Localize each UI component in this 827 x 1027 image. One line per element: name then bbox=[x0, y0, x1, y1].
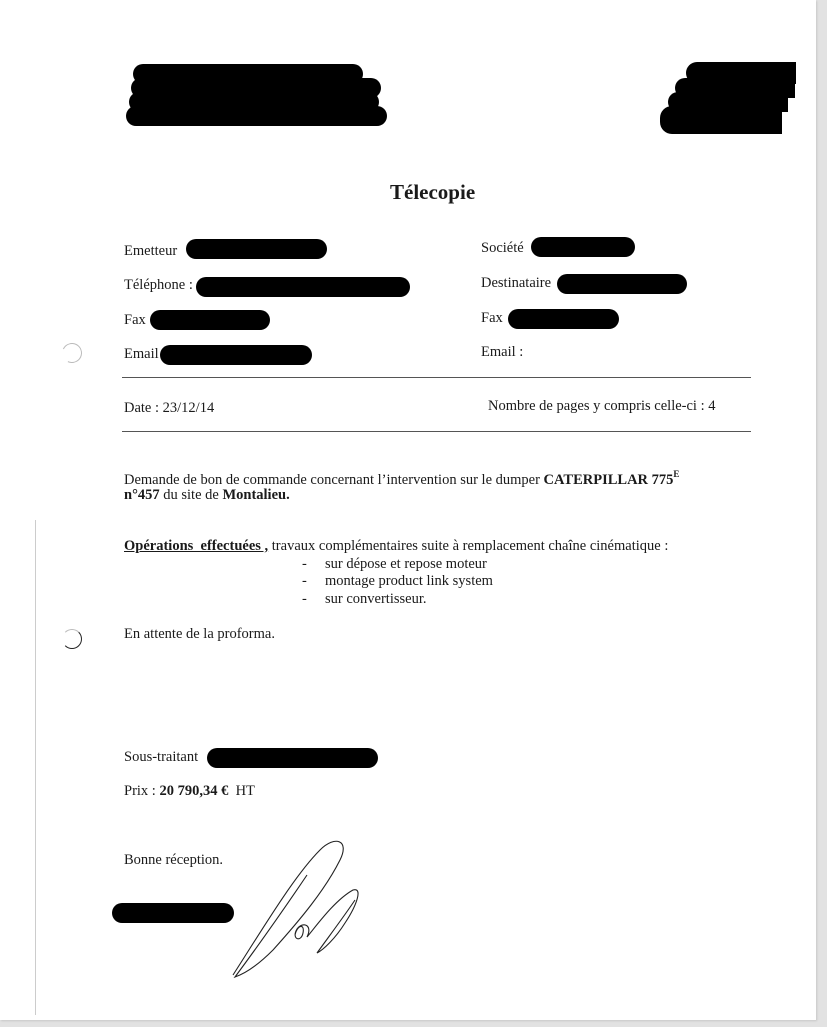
fax-page: Télecopie Emetteur Téléphone : Fax Email… bbox=[0, 0, 816, 1020]
list-item: -montage product link system bbox=[302, 573, 307, 590]
redacted-subcontractor bbox=[207, 748, 378, 768]
list-item: -sur convertisseur. bbox=[302, 591, 307, 608]
price-suffix: HT bbox=[236, 783, 255, 799]
redacted-signatory bbox=[112, 903, 234, 923]
list-item-text: sur convertisseur. bbox=[325, 591, 426, 608]
site-name: Montalieu. bbox=[222, 487, 289, 503]
signature bbox=[225, 835, 365, 980]
list-item-text: sur dépose et repose moteur bbox=[325, 556, 487, 573]
price-label: Prix : bbox=[124, 783, 159, 799]
societe-label: Société bbox=[481, 240, 524, 257]
telephone-label: Téléphone : bbox=[124, 277, 193, 294]
subcontractor-label: Sous-traitant bbox=[124, 749, 198, 766]
operations-intro: travaux complémentaires suite à remplace… bbox=[268, 538, 668, 554]
closing-text: Bonne réception. bbox=[124, 852, 223, 869]
destinataire-label: Destinataire bbox=[481, 275, 551, 292]
bullet: - bbox=[302, 556, 307, 572]
request-line-2: n°457 du site de Montalieu. bbox=[124, 487, 290, 504]
machine-model: CATERPILLAR 775 bbox=[544, 472, 674, 488]
price-line: Prix : 20 790,34 € HT bbox=[124, 783, 255, 800]
request-line-1: Demande de bon de commande concernant l’… bbox=[124, 469, 679, 489]
punch-hole-icon bbox=[59, 340, 85, 366]
machine-model-suffix: E bbox=[673, 469, 679, 479]
price-amount: 20 790,34 € bbox=[159, 783, 228, 799]
redacted-societe bbox=[531, 237, 635, 257]
bullet: - bbox=[302, 573, 307, 589]
divider-bottom bbox=[122, 431, 751, 432]
pages-line: Nombre de pages y compris celle-ci : 4 bbox=[488, 398, 716, 415]
bullet: - bbox=[302, 591, 307, 607]
redacted-fax-right bbox=[508, 309, 619, 329]
scan-margin-line bbox=[35, 520, 36, 1015]
fax-label-left: Fax bbox=[124, 312, 146, 329]
waiting-note: En attente de la proforma. bbox=[124, 626, 275, 643]
list-item-text: montage product link system bbox=[325, 573, 493, 590]
punch-hole-icon bbox=[62, 629, 82, 649]
machine-number: n°457 bbox=[124, 487, 160, 503]
date-line: Date : 23/12/14 bbox=[124, 400, 214, 417]
operations-label: Opérations effectuées , bbox=[124, 538, 268, 554]
redacted-email-left bbox=[160, 345, 312, 365]
request-text-2: du site de bbox=[160, 487, 223, 503]
email-label-left: Email bbox=[124, 346, 159, 363]
redacted-telephone bbox=[196, 277, 410, 297]
document-title: Télecopie bbox=[390, 180, 475, 205]
email-label-right: Email : bbox=[481, 344, 523, 361]
list-item: -sur dépose et repose moteur bbox=[302, 556, 307, 573]
fax-label-right: Fax bbox=[481, 310, 503, 327]
operations-line: Opérations effectuées , travaux compléme… bbox=[124, 538, 668, 555]
emetteur-label: Emetteur bbox=[124, 243, 177, 260]
redacted-emetteur bbox=[186, 239, 327, 259]
request-text: Demande de bon de commande concernant l’… bbox=[124, 472, 544, 488]
redacted-destinataire bbox=[557, 274, 687, 294]
divider-top bbox=[122, 377, 751, 378]
redacted-fax-left bbox=[150, 310, 270, 330]
